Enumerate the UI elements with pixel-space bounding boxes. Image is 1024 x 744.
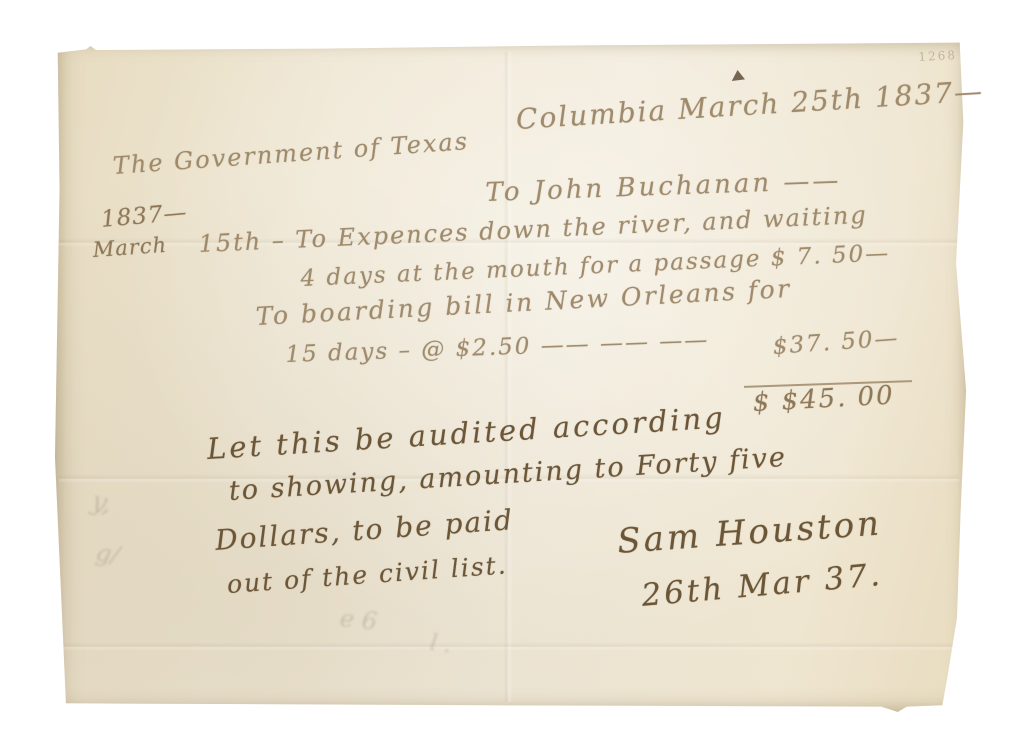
manuscript-paper [55,42,967,712]
horizontal-fold-crease-top [59,238,959,247]
horizontal-fold-crease-bottom [59,642,959,651]
horizontal-fold-crease-middle [59,474,959,483]
vertical-fold-crease [503,52,513,702]
scan-background: 1268 Columbia March 25th 1837— The Gover… [0,0,1024,744]
